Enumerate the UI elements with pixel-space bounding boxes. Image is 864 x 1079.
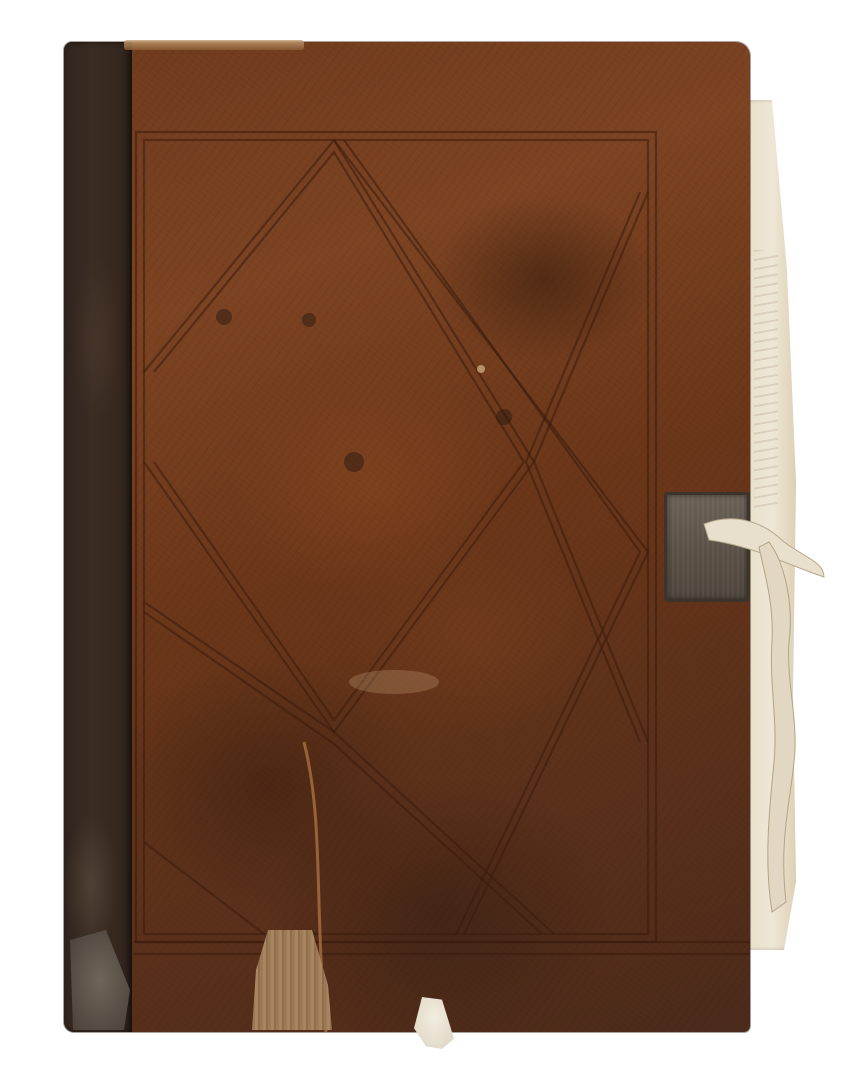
photo-canvas — [0, 0, 864, 1079]
antique-book — [64, 42, 754, 1032]
